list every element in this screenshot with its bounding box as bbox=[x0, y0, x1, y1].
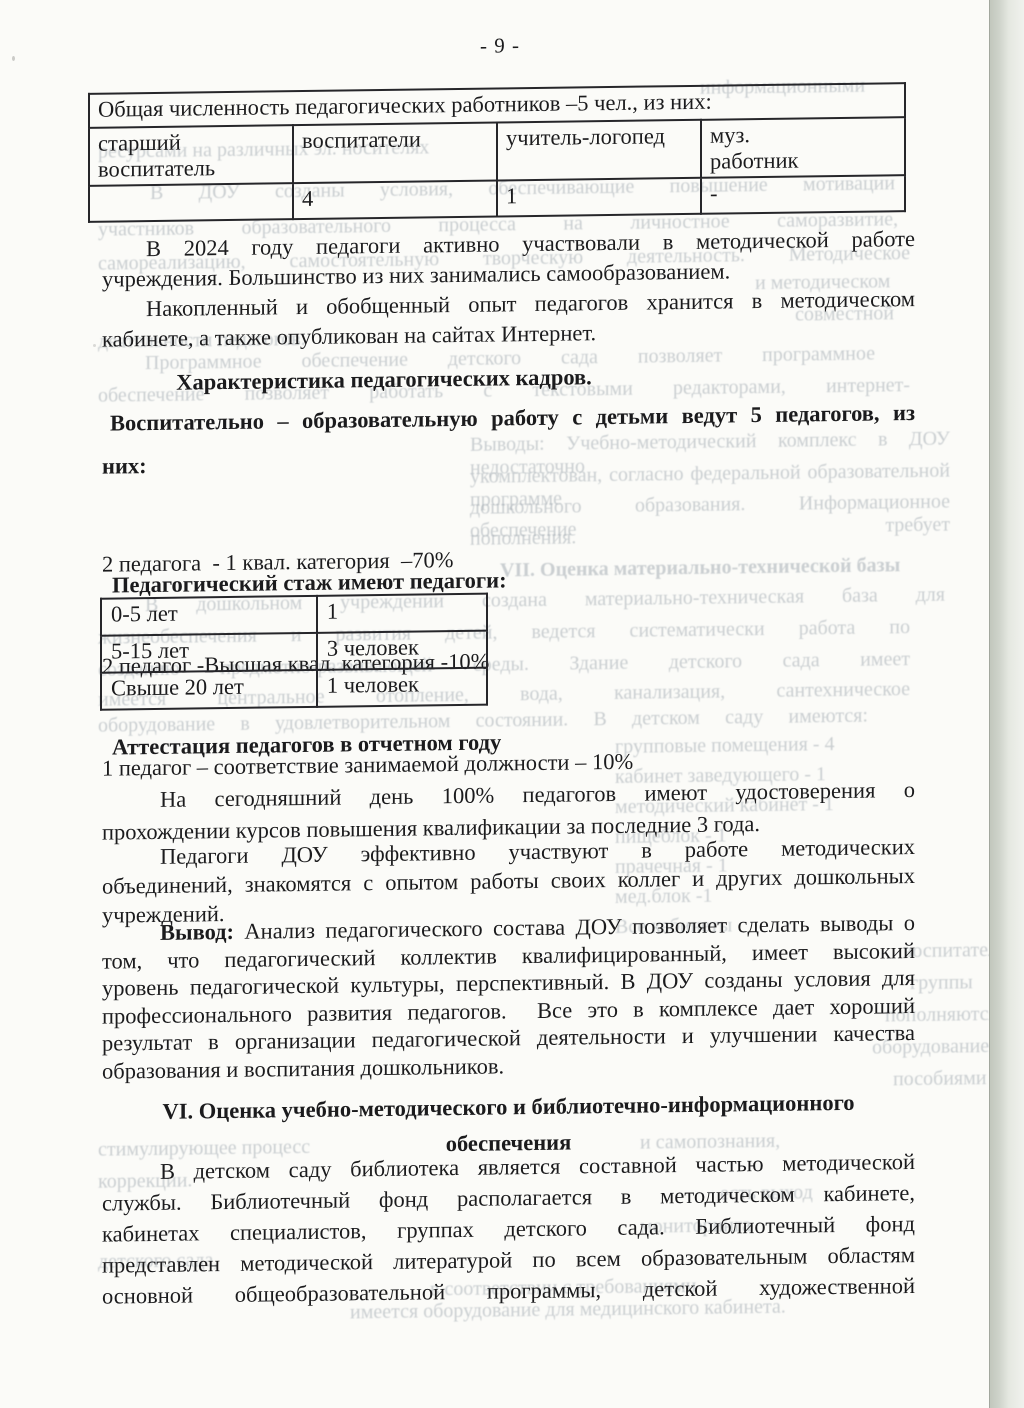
experience-count: 1 человек bbox=[317, 668, 487, 707]
experience-range: Свыше 20 лет bbox=[101, 670, 317, 710]
paragraph-lead-5-teachers: Воспитательно – образовательную работу с… bbox=[102, 391, 915, 488]
value-teachers: 4 bbox=[293, 180, 497, 219]
value-music-worker: - bbox=[701, 175, 905, 214]
staff-count-table: Общая численность педагогических работни… bbox=[88, 82, 906, 223]
paragraph-methodical-work: В 2024 году педагоги активно участвовали… bbox=[102, 224, 915, 295]
bleed-through-text: группы bbox=[910, 971, 973, 995]
page-edge-shadow bbox=[989, 0, 1024, 1408]
experience-range: 5-15 лет bbox=[101, 633, 317, 673]
experience-range: 0-5 лет bbox=[101, 596, 317, 636]
col-teachers: воспитатели bbox=[293, 122, 497, 183]
table-row: старший воспитатель воспитатели учитель-… bbox=[89, 117, 905, 186]
experience-count: 1 bbox=[317, 594, 487, 633]
col-speech-therapist: учитель-логопед bbox=[497, 120, 701, 181]
page-number: - 9 - bbox=[460, 33, 540, 59]
col-music-worker: муз. работник bbox=[701, 117, 905, 178]
experience-count: 3 человек bbox=[317, 631, 487, 670]
table-row: 0-5 лет 1 bbox=[101, 594, 487, 636]
conclusion-label: Вывод: bbox=[160, 919, 234, 945]
value-senior-teacher bbox=[89, 183, 293, 222]
paragraph-conclusion: Вывод: Анализ педагогического состава ДО… bbox=[102, 909, 915, 1085]
bleed-through-text: групповые помещения - 4 bbox=[615, 733, 835, 759]
paragraph-accumulated-experience: Накопленный и обобщенный опыт педагогов … bbox=[102, 284, 915, 355]
heading-attestation: Аттестация педагогов в отчетном году bbox=[112, 729, 501, 760]
paragraph-library: В детском саду библиотека является соста… bbox=[102, 1146, 915, 1312]
scan-speck bbox=[93, 344, 96, 347]
table-row: Свыше 20 лет 1 человек bbox=[101, 668, 487, 710]
experience-table: 0-5 лет 1 5-15 лет 3 человек Свыше 20 ле… bbox=[100, 593, 488, 711]
scanned-document-page: { "page": { "number_label": "- 9 -" }, "… bbox=[0, 0, 1024, 1408]
paper-sheet: информационнымиресурсами на различных эл… bbox=[0, 0, 1024, 1408]
col-senior-teacher: старший воспитатель bbox=[89, 125, 293, 186]
value-speech-therapist: 1 bbox=[497, 178, 701, 217]
scan-tilt-layer: информационнымиресурсами на различных эл… bbox=[0, 0, 1024, 1408]
scan-speck bbox=[12, 56, 15, 61]
table-row: 5-15 лет 3 человек bbox=[101, 631, 487, 673]
